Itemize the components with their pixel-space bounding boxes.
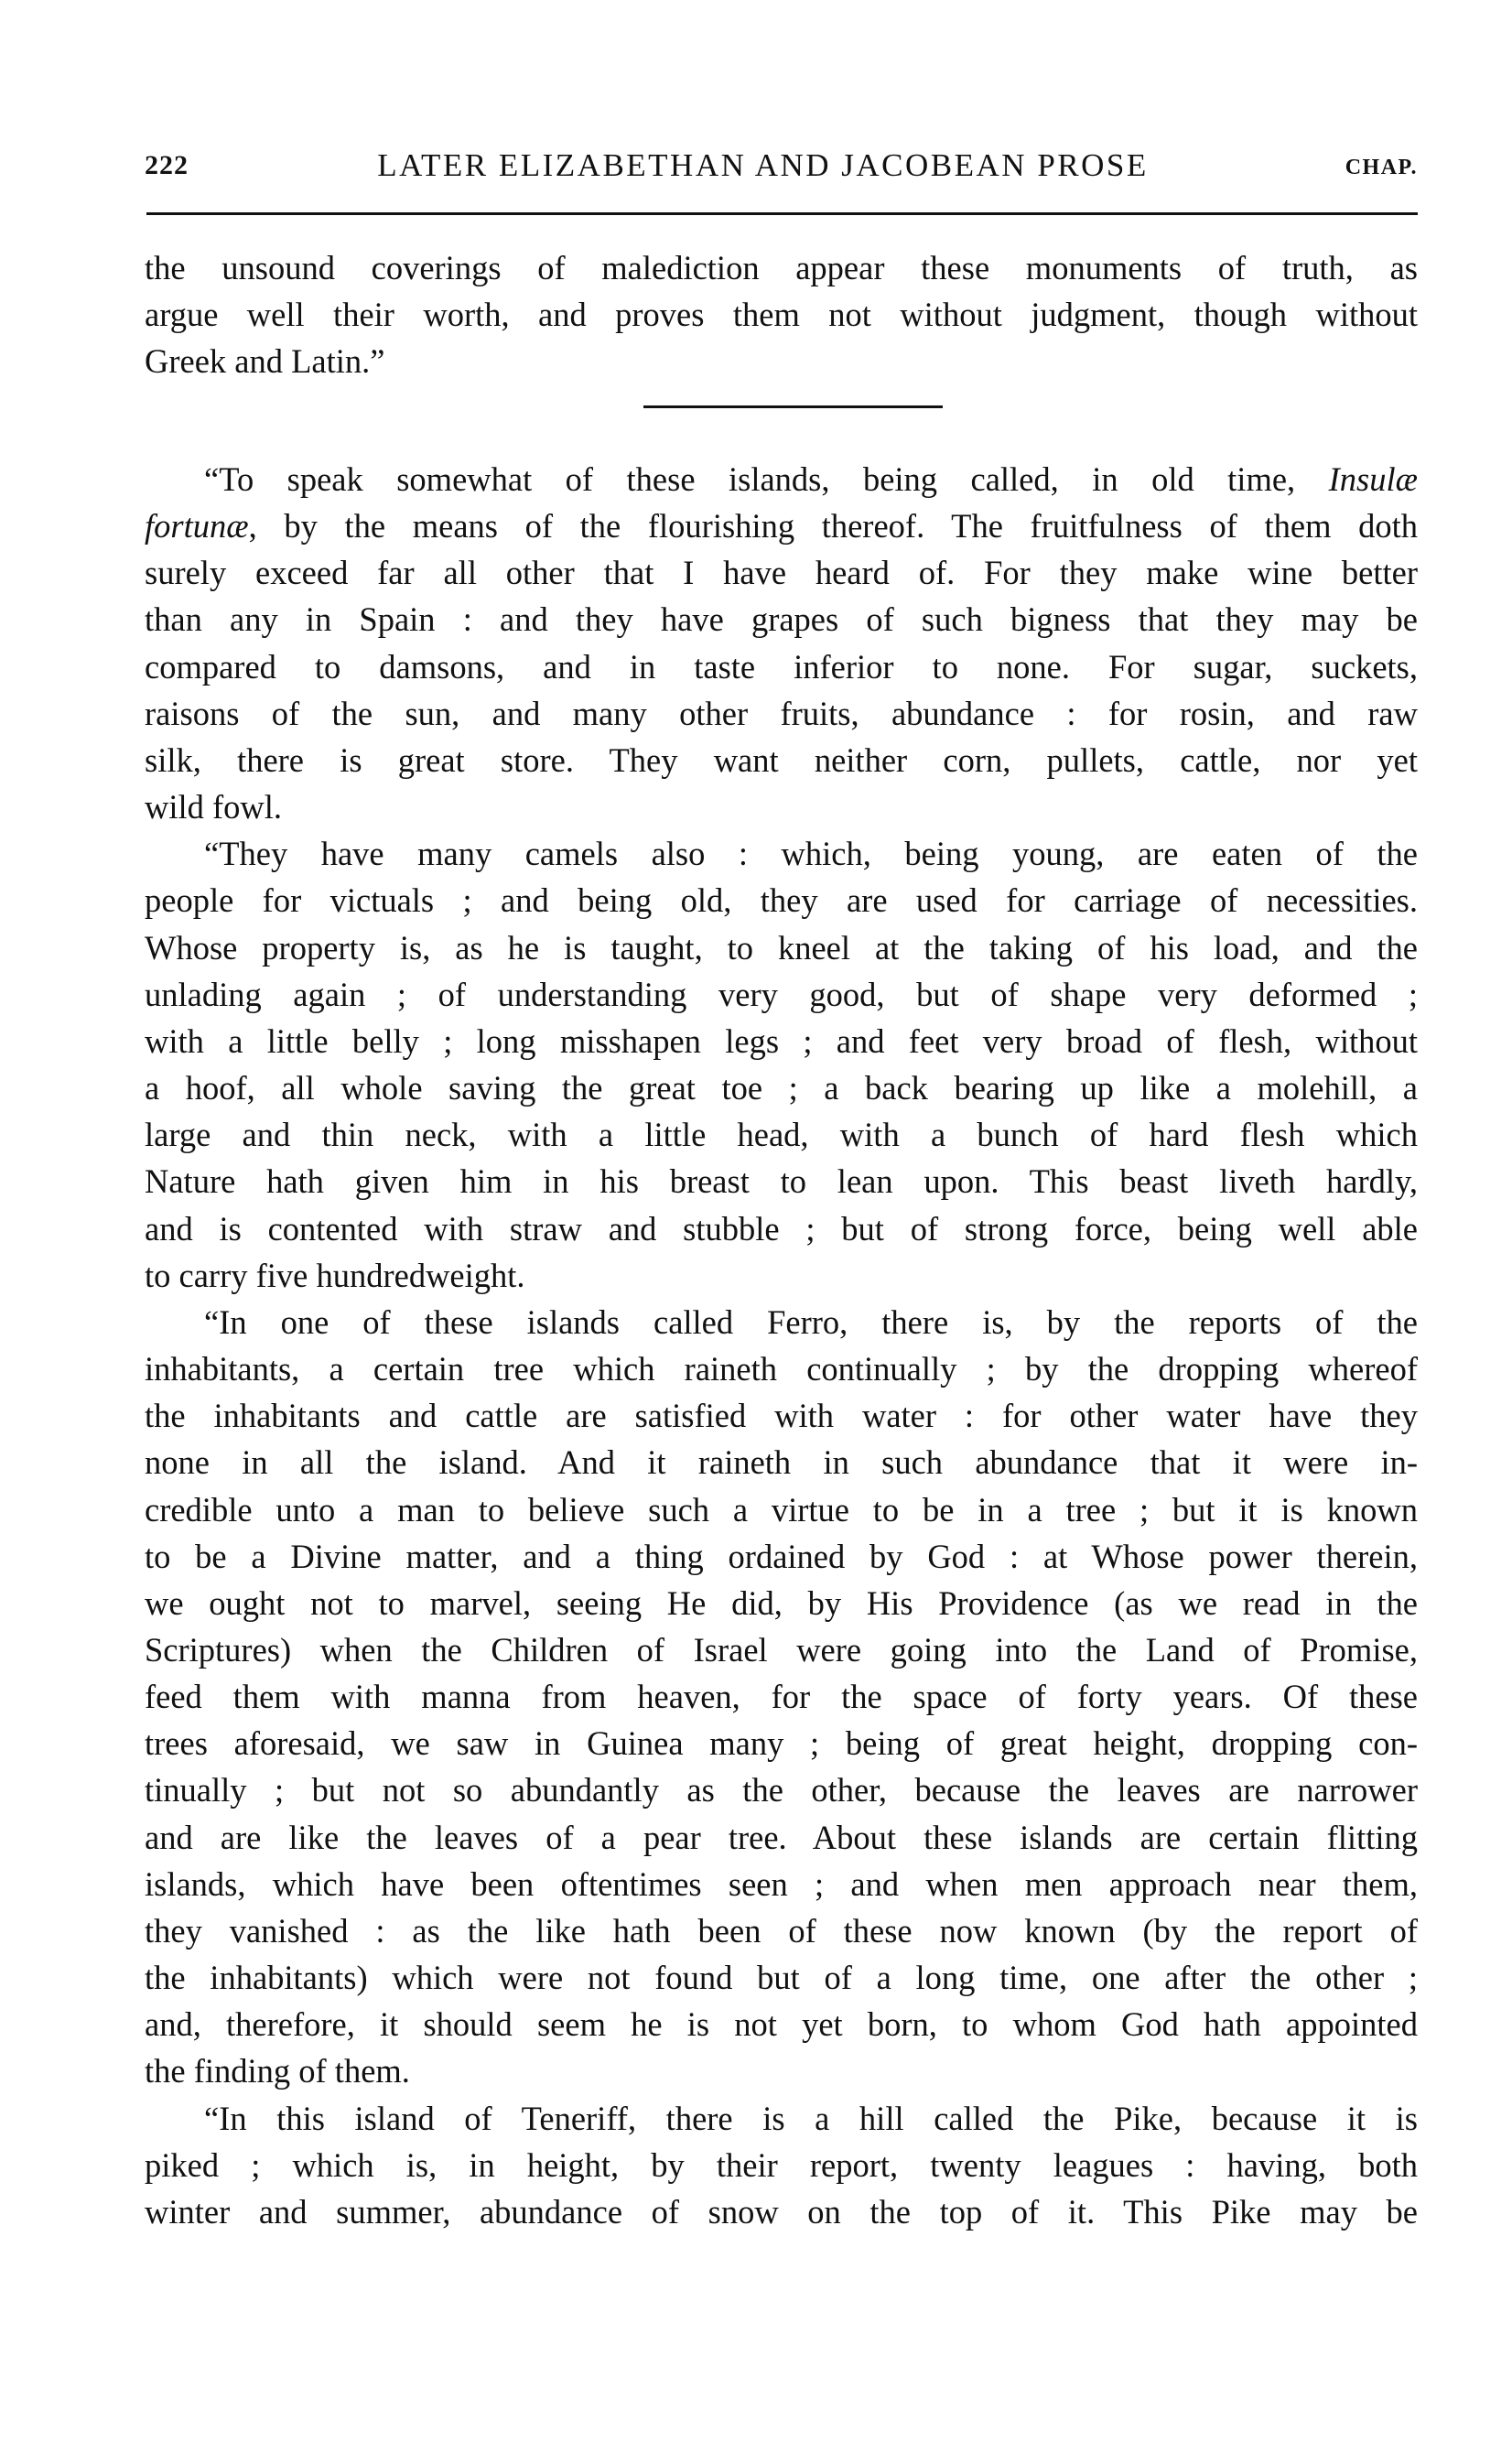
text-span: “To speak somewhat of these islands, bei… [204,460,1329,498]
text-line: unlading again ; of understanding very g… [145,971,1418,1018]
text-line: people for victuals ; and being old, the… [145,877,1418,924]
text-line: wild fowl. [145,783,1418,830]
section-divider [643,405,943,408]
text-line: and, therefore, it should seem he is not… [145,2001,1418,2047]
text-line: none in all the island. And it raineth i… [145,1439,1418,1485]
text-span: , by the means of the flourishing thereo… [249,507,1418,545]
text-line: with a little belly ; long misshapen leg… [145,1018,1418,1064]
running-title: LATER ELIZABETHAN AND JACOBEAN PROSE [145,145,1418,187]
text-line: “They have many camels also : which, bei… [204,830,1418,877]
text-line: feed them with manna from heaven, for th… [145,1673,1418,1720]
text-line: we ought not to marvel, seeing He did, b… [145,1580,1418,1626]
text-line: trees aforesaid, we saw in Guinea many ;… [145,1720,1418,1766]
italic-term: fortunæ [145,507,249,545]
text-line: surely exceed far all other that I have … [145,549,1418,596]
text-line: the unsound coverings of malediction app… [145,244,1418,291]
text-line: the finding of them. [145,2047,1418,2094]
text-line: Greek and Latin.” [145,338,1418,384]
text-line: islands, which have been oftentimes seen… [145,1861,1418,1907]
text-line: than any in Spain : and they have grapes… [145,596,1418,643]
text-line: winter and summer, abundance of snow on … [145,2188,1418,2235]
text-line: Nature hath given him in his breast to l… [145,1158,1418,1204]
text-line: silk, there is great store. They want ne… [145,737,1418,783]
text-line: they vanished : as the like hath been of… [145,1907,1418,1954]
text-line: Whose property is, as he is taught, to k… [145,924,1418,971]
running-header: 222 LATER ELIZABETHAN AND JACOBEAN PROSE… [145,145,1418,187]
text-line: large and thin neck, with a little head,… [145,1111,1418,1158]
text-line: inhabitants, a certain tree which rainet… [145,1345,1418,1392]
chapter-label: CHAP. [1345,146,1418,189]
text-line: “To speak somewhat of these islands, bei… [204,456,1418,502]
text-line: to carry five hundredweight. [145,1252,1418,1299]
italic-term: Insulæ [1329,460,1418,498]
text-line: “In this island of Teneriff, there is a … [204,2095,1418,2142]
text-line: fortunæ, by the means of the flourishing… [145,502,1418,549]
text-line: “In one of these islands called Ferro, t… [204,1299,1418,1345]
text-line: the inhabitants and cattle are satisfied… [145,1392,1418,1439]
text-line: compared to damsons, and in taste inferi… [145,643,1418,690]
text-line: to be a Divine matter, and a thing ordai… [145,1533,1418,1580]
header-rule [146,212,1418,215]
text-line: and are like the leaves of a pear tree. … [145,1814,1418,1861]
book-page: 222 LATER ELIZABETHAN AND JACOBEAN PROSE… [0,0,1512,2463]
text-line: the inhabitants) which were not found bu… [145,1954,1418,2001]
text-line: Scriptures) when the Children of Israel … [145,1626,1418,1673]
text-line: argue well their worth, and proves them … [145,291,1418,338]
text-line: raisons of the sun, and many other fruit… [145,690,1418,737]
text-line: a hoof, all whole saving the great toe ;… [145,1064,1418,1111]
text-line: tinually ; but not so abundantly as the … [145,1766,1418,1813]
text-line: credible unto a man to believe such a vi… [145,1486,1418,1533]
text-line: and is contented with straw and stubble … [145,1205,1418,1252]
text-line: piked ; which is, in height, by their re… [145,2142,1418,2188]
